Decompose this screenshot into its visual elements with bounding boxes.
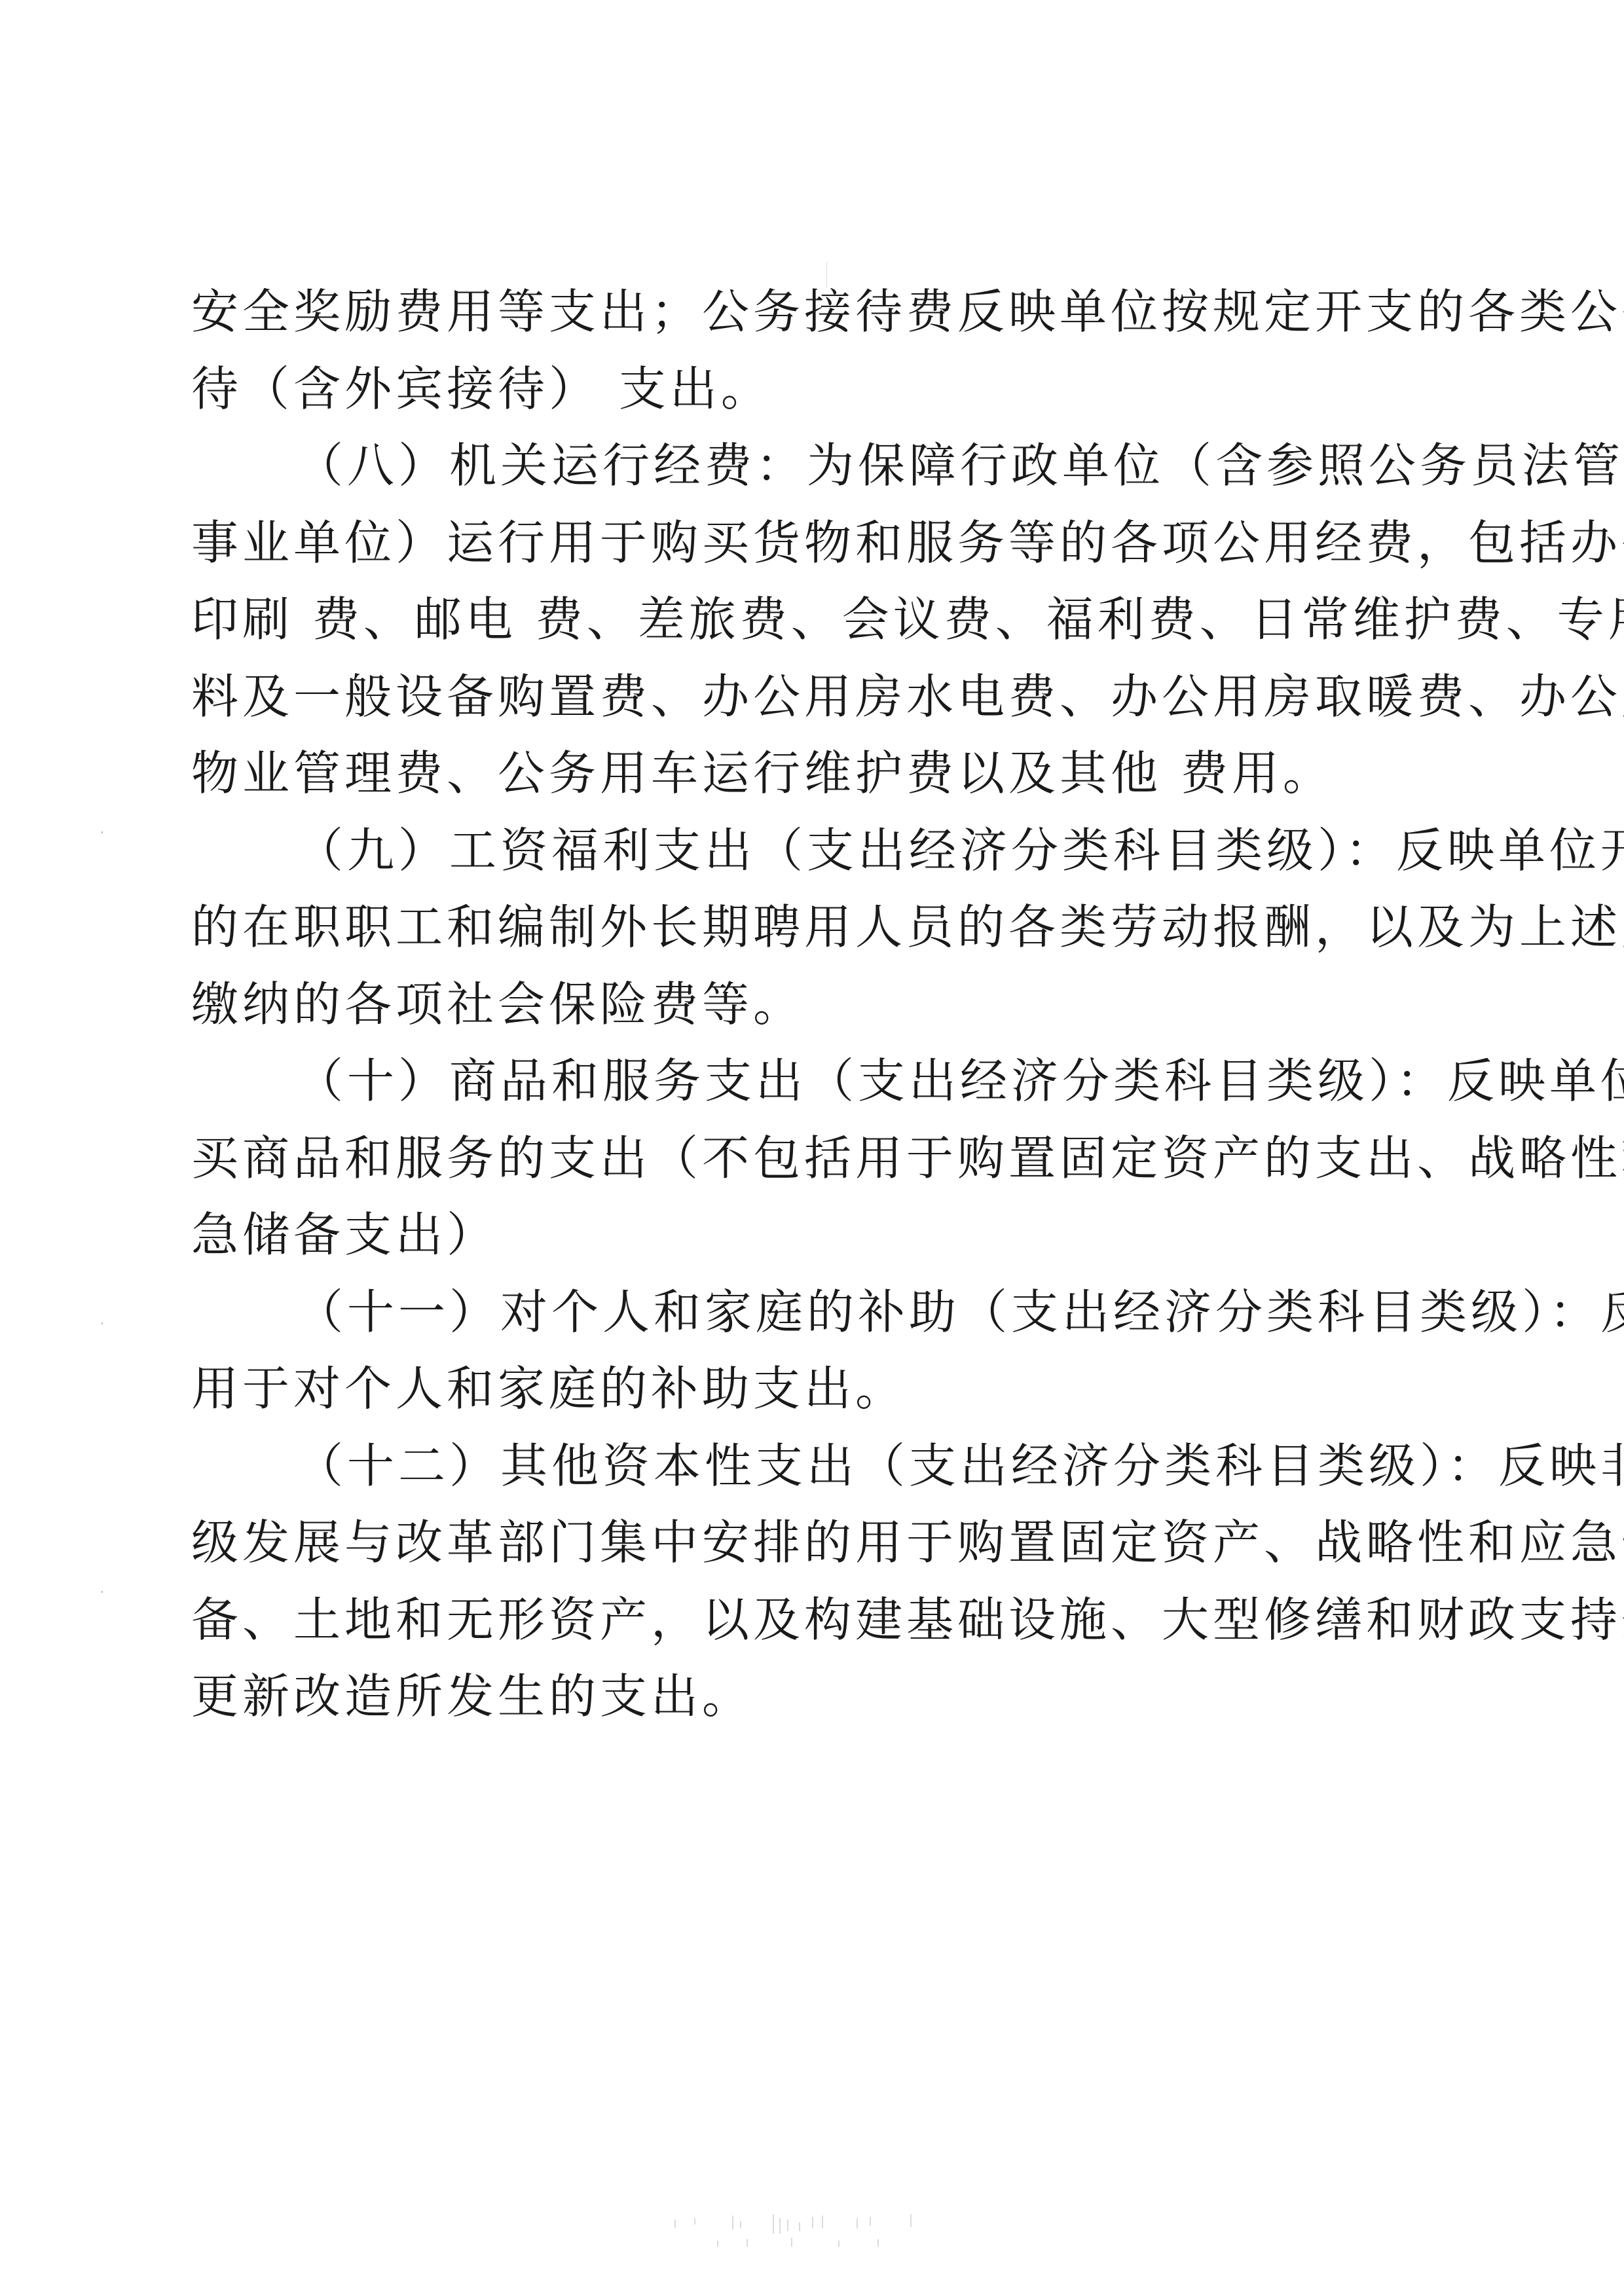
text-line: （九）工资福利支出（支出经济分类科目类级）：反映单位开支: [191, 812, 1462, 890]
scan-artifact: [826, 262, 827, 288]
paragraph-section-9: （九）工资福利支出（支出经济分类科目类级）：反映单位开支 的在职职工和编制外长期…: [191, 812, 1462, 1044]
text-line: 级发展与改革部门集中安排的用于购置固定资产、战略性和应急性储: [191, 1504, 1462, 1582]
scan-artifact: [101, 1322, 103, 1324]
paragraph-continuation: 安全奖励费用等支出；公务接待费反映单位按规定开支的各类公务接 待（含外宾接待） …: [191, 274, 1462, 428]
text-line: 料及一般设备购置费、办公用房水电费、办公用房取暖费、办公用房: [191, 659, 1462, 736]
document-body: 安全奖励费用等支出；公务接待费反映单位按规定开支的各类公务接 待（含外宾接待） …: [191, 274, 1462, 1736]
text-line: （十）商品和服务支出（支出经济分类科目类级）：反映单位购: [191, 1043, 1462, 1120]
text-line: （八）机关运行经费：为保障行政单位（含参照公务员法管理的: [191, 428, 1462, 505]
document-page: 安全奖励费用等支出；公务接待费反映单位按规定开支的各类公务接 待（含外宾接待） …: [0, 0, 1624, 2296]
text-line: 更新改造所发生的支出。: [191, 1658, 1462, 1736]
scan-artifact: [101, 831, 103, 833]
text-line: 买商品和服务的支出（不包括用于购置固定资产的支出、战略性和应: [191, 1120, 1462, 1197]
text-line: 待（含外宾接待） 支出。: [191, 351, 1462, 428]
text-line: 印刷 费、邮电 费、差旅费、会议费、福利费、日常维护费、专用材: [191, 581, 1462, 659]
paragraph-section-12: （十二）其他资本性支出（支出经济分类科目类级）：反映非各 级发展与改革部门集中安…: [191, 1428, 1462, 1736]
text-line: 用于对个人和家庭的补助支出。: [191, 1351, 1462, 1428]
paragraph-section-11: （十一）对个人和家庭的补助（支出经济分类科目类级）：反映 用于对个人和家庭的补助…: [191, 1274, 1462, 1428]
text-line: （十二）其他资本性支出（支出经济分类科目类级）：反映非各: [191, 1428, 1462, 1505]
text-line: （十一）对个人和家庭的补助（支出经济分类科目类级）：反映: [191, 1274, 1462, 1351]
text-line: 备、土地和无形资产，以及构建基础设施、大型修缮和财政支持企业: [191, 1582, 1462, 1659]
bleed-through-stamp-mark: [648, 2206, 963, 2252]
scan-artifact: [101, 1591, 103, 1593]
text-line: 事业单位）运行用于购买货物和服务等的各项公用经费，包括办公及: [191, 505, 1462, 582]
text-line: 物业管理费、公务用车运行维护费以及其他 费用。: [191, 735, 1462, 812]
text-line: 缴纳的各项社会保险费等。: [191, 966, 1462, 1044]
text-line: 的在职职工和编制外长期聘用人员的各类劳动报酬，以及为上述人员: [191, 889, 1462, 966]
paragraph-section-8: （八）机关运行经费：为保障行政单位（含参照公务员法管理的 事业单位）运行用于购买…: [191, 428, 1462, 812]
paragraph-section-10: （十）商品和服务支出（支出经济分类科目类级）：反映单位购 买商品和服务的支出（不…: [191, 1043, 1462, 1274]
text-line: 急储备支出）: [191, 1197, 1462, 1274]
